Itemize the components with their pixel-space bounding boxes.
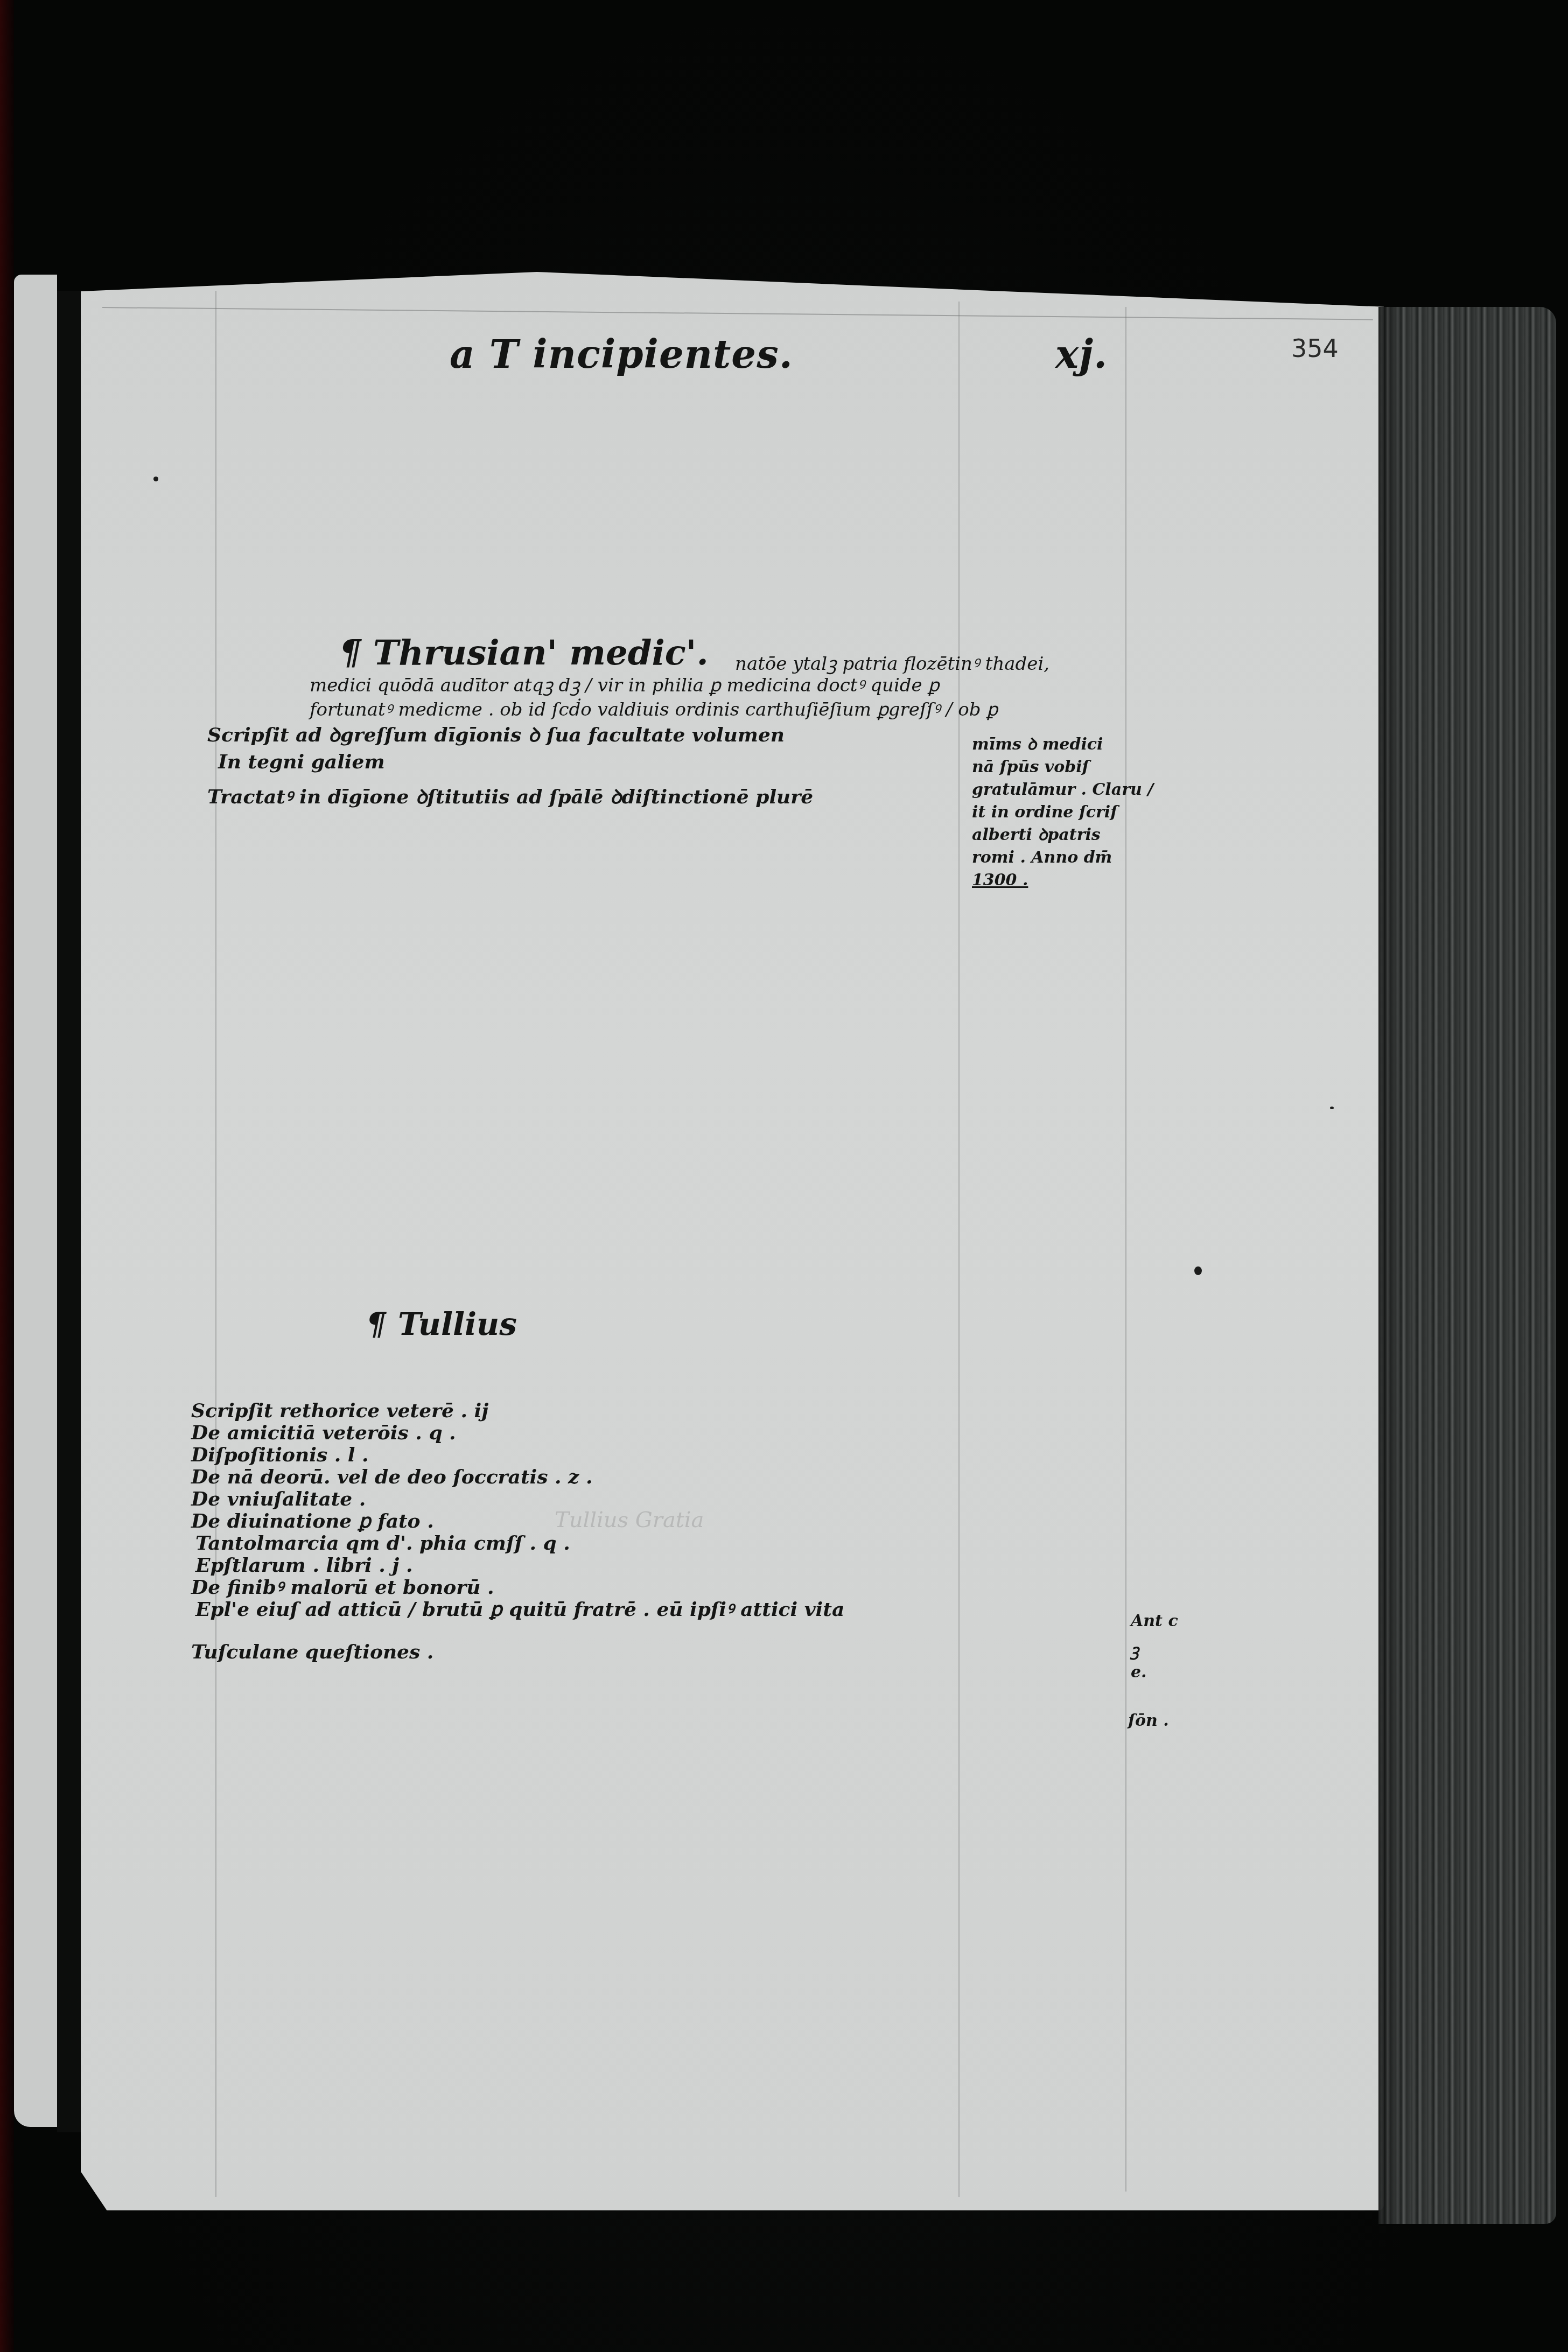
works-list-tullius: Scripſit rethorice veterē . ij De amicit… [191,1400,840,1663]
work-entry: Tractatꝰ in dīgīone ꝺſtitutiis ad ſpālē … [207,786,813,808]
margin-note-line: it in ordine ſcriſ [972,801,1153,824]
margin-note-line: ſōn . [1128,1710,1169,1732]
ruling-line-margin [1125,307,1126,2192]
work-entry: Scripſit ad ꝺgreſſum dīgīonis ꝺ ſua facu… [207,724,785,746]
margin-note-year: 1300 . [972,869,1153,892]
work-entry: De vniuſalitate . [191,1488,840,1510]
margin-note-line: romi . Anno dm̄ [972,846,1153,869]
facing-page-edge [14,275,57,2127]
margin-note-line: nā ſpūs vobiſ [972,756,1153,779]
margin-note-line: Ant c [1131,1610,1178,1633]
paragraph-mark: ¶ [366,1306,386,1342]
work-entry: In tegni galiem [218,751,384,773]
manuscript-page [81,272,1384,2210]
book-gutter [57,291,83,2132]
author-name: Tullius [398,1306,517,1342]
bleedthrough-text: Tullius Gratia [555,1508,704,1532]
work-entry: De finibꝰ malorū et bonorū . [191,1577,840,1599]
work-entry: Epſtlarum . libri . j . [195,1555,844,1577]
work-entry: Tuſculane queſtiones . [191,1641,840,1663]
author-name: Thrusian' medic'. [373,633,709,673]
author-heading-thrusian: ¶Thrusian' medic'. [339,633,709,673]
work-entry: De diuinatione ꝑ fato . [191,1510,840,1532]
work-entry: De nā deorū. vel de deo ſoccratis . z . [191,1466,840,1488]
work-entry: Tantolmarcia qm d'. phia cmſſ . q . [195,1532,844,1555]
scan-edge-red [0,0,14,2352]
work-entry: Diſpoſitionis . l . [191,1444,840,1466]
margin-note-line: mīms ꝺ medici [972,733,1153,756]
margin-note-line: alberti ꝺpatris [972,824,1153,846]
work-entry: Epl'e eiuſ ad atticū / brutū ꝑ quitū fra… [195,1599,844,1621]
bio-line: medici quōdā audītor atqꝫ dꝫ / vir in ph… [310,673,939,698]
page-block-fore-edge [1378,307,1556,2224]
ink-spot [153,477,158,481]
paragraph-mark: ¶ [339,633,361,673]
ruling-line-left [215,291,216,2197]
section-number: xj. [1055,331,1108,377]
margin-note-line: gratulāmur . Claru / [972,779,1153,801]
fore-edge-shadow [1378,307,1400,2224]
ruling-line-center [958,302,960,2197]
work-entry: De amicitiā veterōis . q . [191,1422,840,1444]
ink-spot [1330,1107,1334,1109]
work-entry: Scripſit rethorice veterē . ij [191,1400,840,1422]
bio-line: fortunatꝰ medicme . ob id ſcḋo valdiuis … [310,697,998,722]
margin-note-line: ꝫ [1131,1640,1139,1662]
folio-number: 354 [1291,334,1339,363]
author-heading-tullius: ¶Tullius [366,1306,517,1342]
running-head: a T incipientes. [450,331,793,377]
margin-note-line: e. [1131,1661,1147,1684]
margin-note-thrusian: mīms ꝺ medici nā ſpūs vobiſ gratulāmur .… [972,733,1153,892]
ink-spot [1194,1266,1202,1275]
